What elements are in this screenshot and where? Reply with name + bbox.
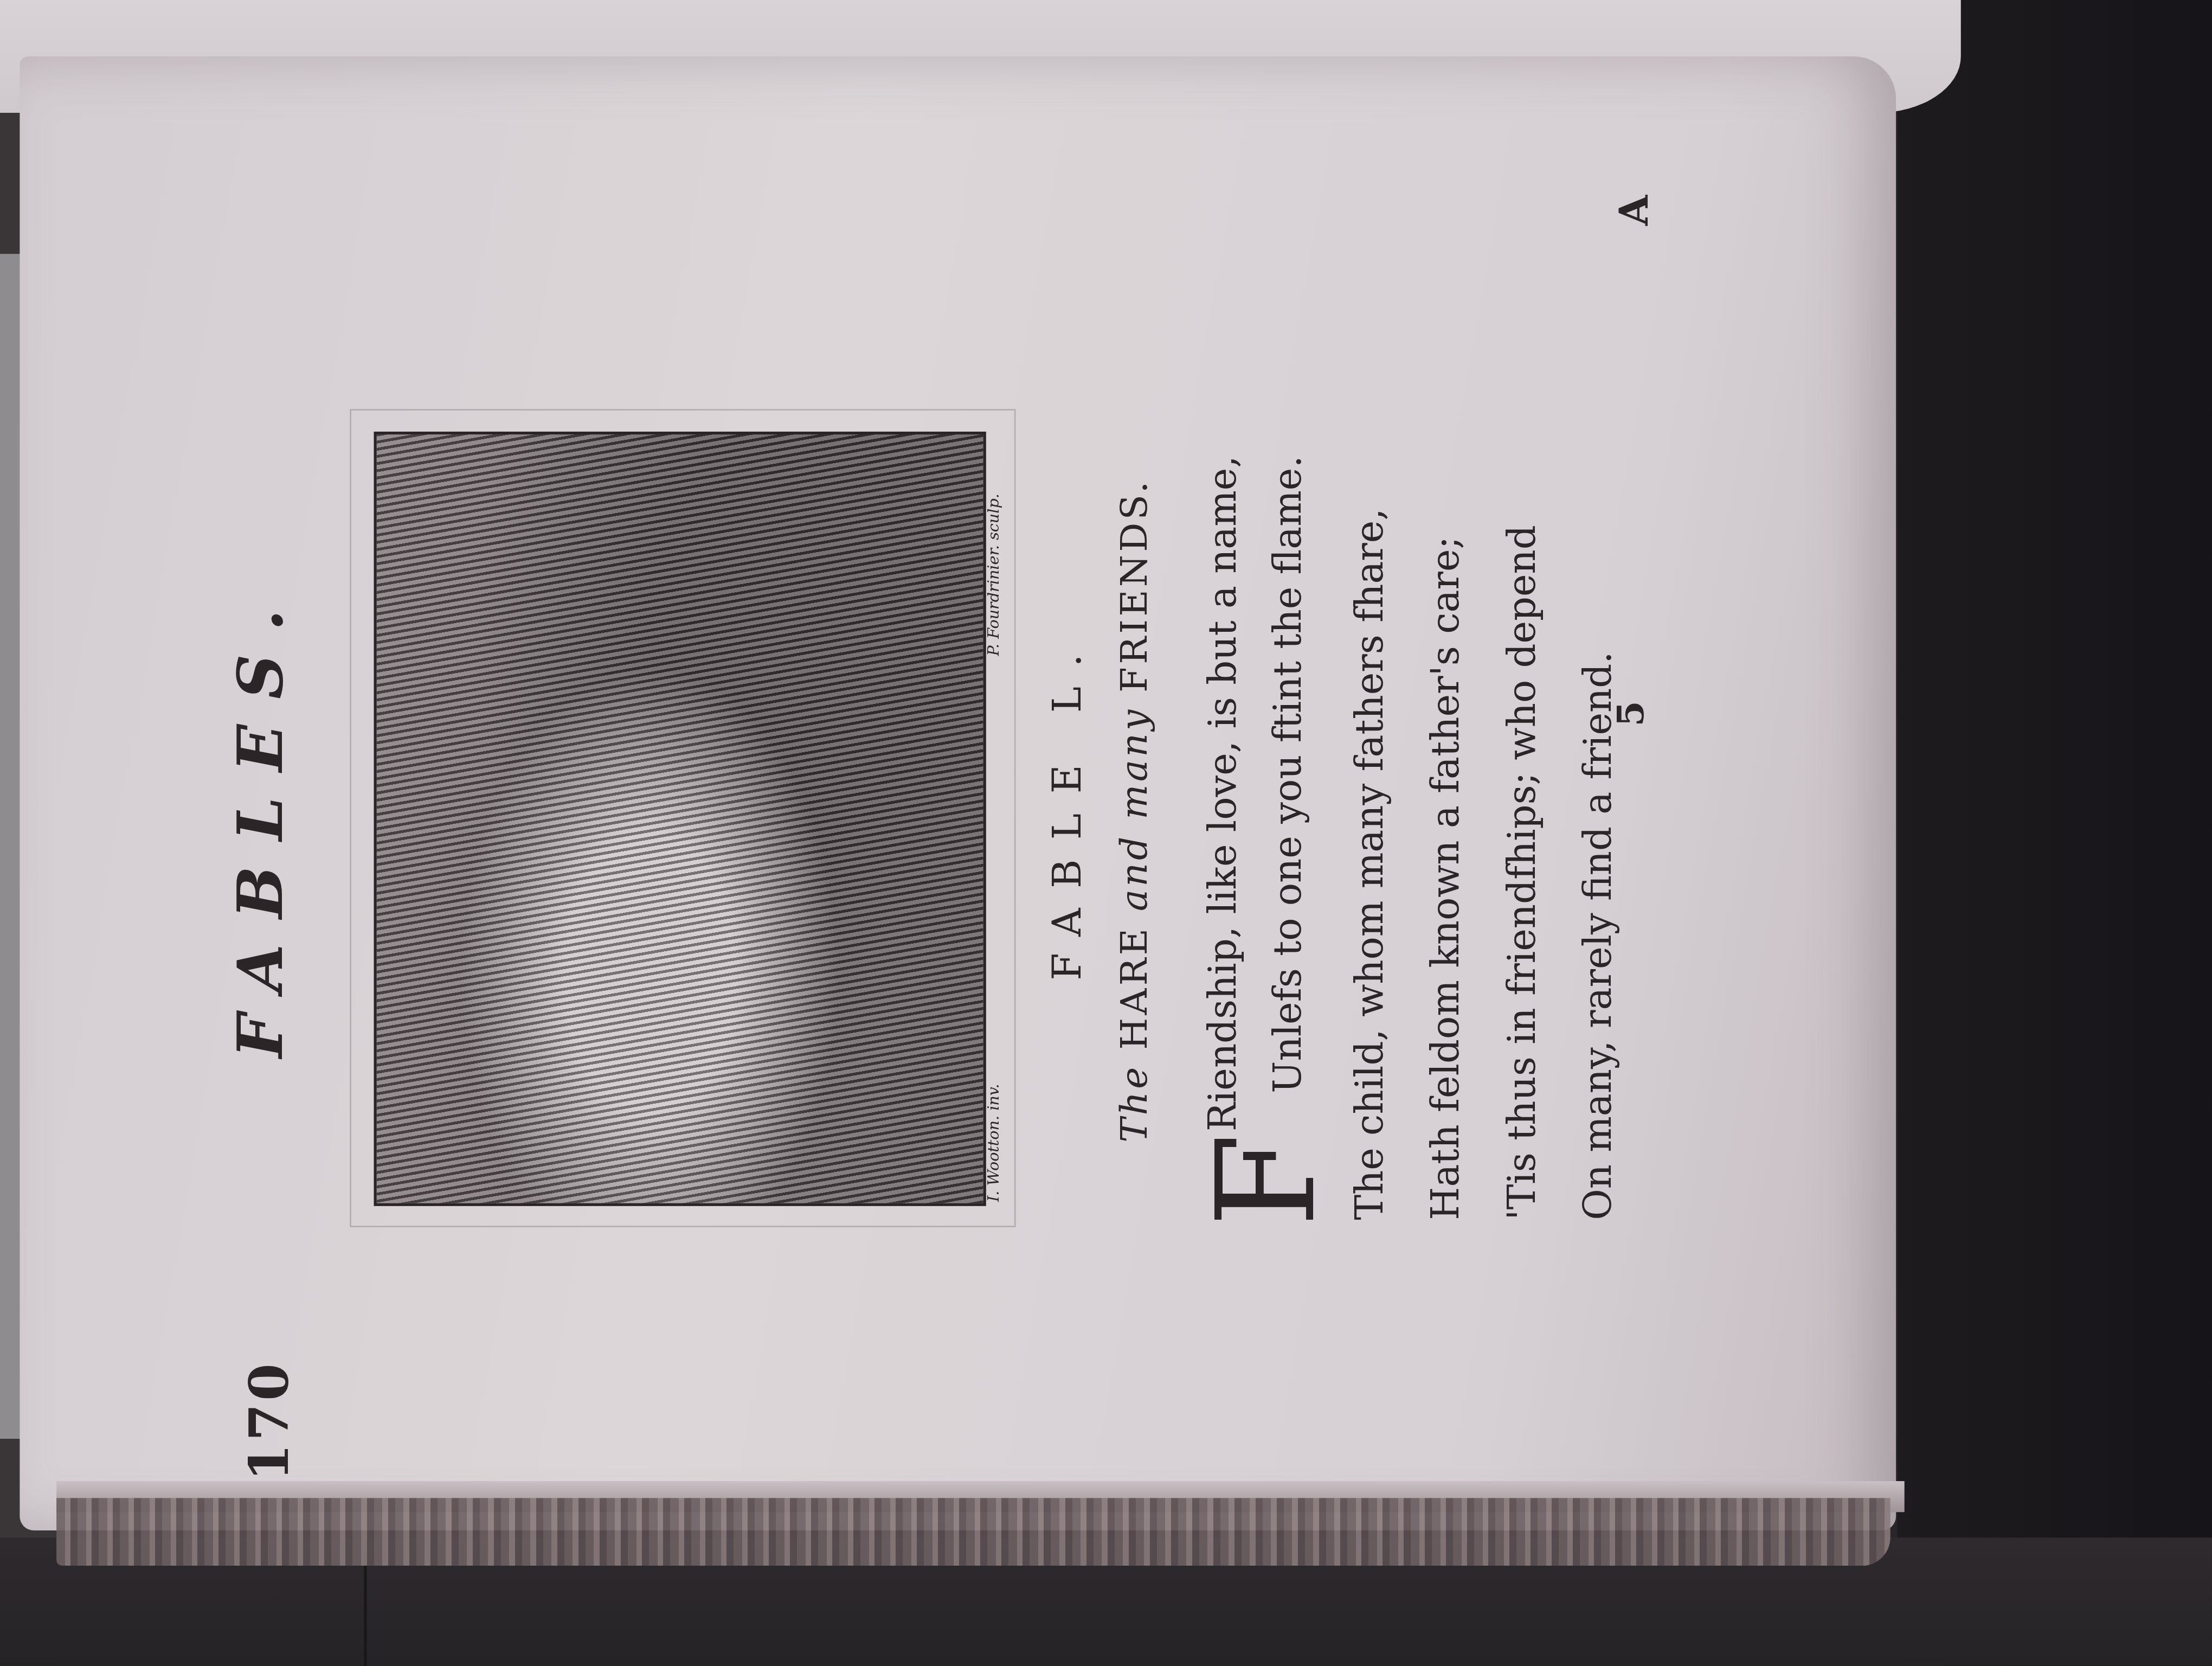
fable-subtitle: The HARE and many FRIENDS. xyxy=(1115,479,1157,1143)
engraving-image xyxy=(374,432,986,1206)
subtitle-hare: HARE xyxy=(1115,926,1157,1050)
poem-line: Unlefs to one you ftint the flame. xyxy=(1267,456,1311,1093)
engraving-caption-engraver: P. Fourdrinier. sculp. xyxy=(985,494,1003,656)
poem-line: On many, rarely find a friend. xyxy=(1577,651,1621,1220)
running-head: FABLES. xyxy=(226,584,298,1058)
subtitle-the: The xyxy=(1115,1050,1157,1143)
page-content: 170 FABLES. I. Wootton. inv. P. Fourdrin… xyxy=(183,99,1735,1580)
poem-line: 'Tis thus in friendfhips; who depend xyxy=(1501,525,1545,1220)
drop-cap: F xyxy=(1199,1133,1335,1227)
poem-line: Riendship, like love, is but a name, xyxy=(1202,456,1246,1131)
page-number: 170 xyxy=(237,1361,300,1481)
engraving-caption-inventor: I. Wootton. inv. xyxy=(985,1084,1003,1202)
background-right-dark xyxy=(1898,0,2212,1666)
photo-scene: 170 FABLES. I. Wootton. inv. P. Fourdrin… xyxy=(0,0,2212,1666)
subtitle-friends: FRIENDS. xyxy=(1115,479,1157,693)
signature-letter: A xyxy=(1611,195,1657,226)
signature-number: 5 xyxy=(1611,701,1653,726)
fable-title: FABLE L. xyxy=(1044,635,1090,981)
poem-line: Hath feldom known a father's care; xyxy=(1425,536,1469,1220)
subtitle-and-many: and many xyxy=(1115,693,1157,926)
poem-line: The child, whom many fathers fhare, xyxy=(1349,508,1393,1220)
